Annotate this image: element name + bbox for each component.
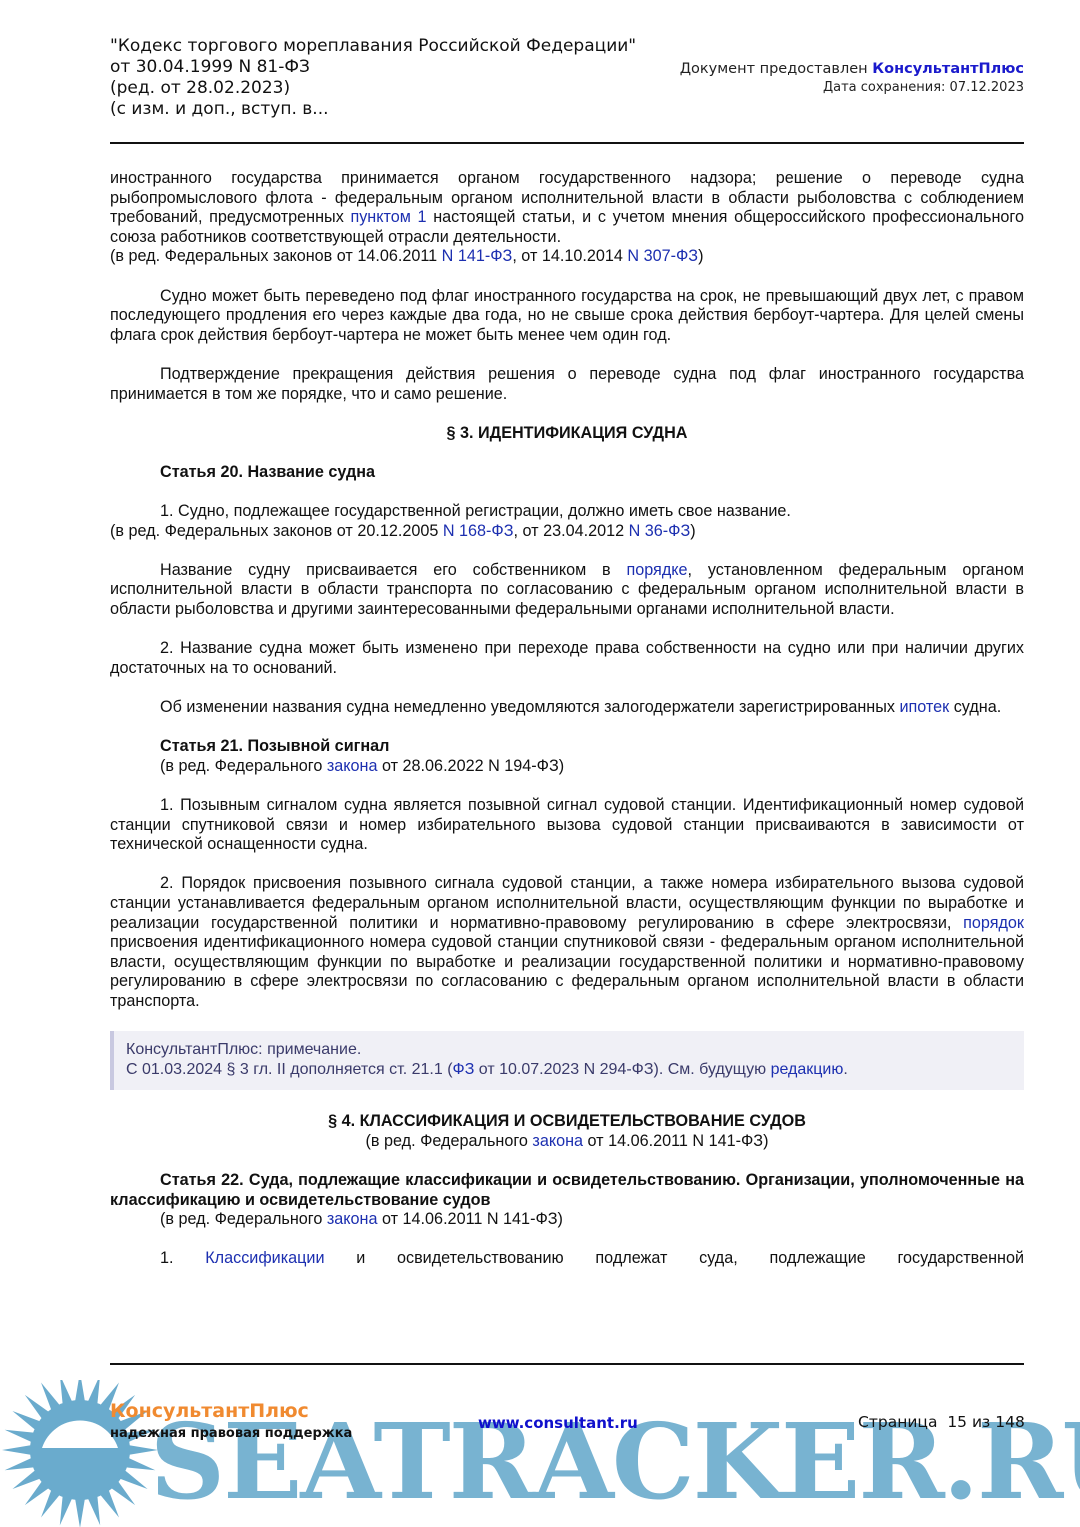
- document-body: иностранного государства принимается орг…: [110, 169, 1024, 1269]
- paragraph: 1. Классификации и освидетельствованию п…: [110, 1249, 1024, 1269]
- link-zakon-141-a22[interactable]: закона: [327, 1210, 378, 1228]
- paragraph: Название судну присваивается его собстве…: [110, 561, 1024, 620]
- revision-note: (в ред. Федеральных законов от 14.06.201…: [110, 247, 1024, 267]
- consultant-note: КонсультантПлюс: примечание. С 01.03.202…: [110, 1031, 1024, 1090]
- paragraph: Об изменении названия судна немедленно у…: [110, 698, 1024, 718]
- paragraph: иностранного государства принимается орг…: [110, 169, 1024, 247]
- page-label: Страница: [858, 1413, 937, 1431]
- revision-note: (в ред. Федерального закона от 28.06.202…: [110, 757, 1024, 777]
- paragraph: 1. Позывным сигналом судна является позы…: [110, 796, 1024, 855]
- saved-date: Дата сохранения: 07.12.2023: [680, 79, 1024, 96]
- link-law-141[interactable]: N 141-ФЗ: [442, 247, 513, 265]
- footer-divider: [110, 1363, 1024, 1365]
- page-current: 15: [947, 1413, 967, 1431]
- footer-tagline: надежная правовая поддержка: [110, 1426, 352, 1441]
- link-ipotek[interactable]: ипотек: [899, 698, 949, 716]
- link-fz-294[interactable]: ФЗ: [453, 1061, 475, 1078]
- link-zakon-141-s4[interactable]: закона: [532, 1132, 583, 1150]
- page-counter: Страница 15 из 148: [858, 1413, 1025, 1431]
- doc-number: от 30.04.1999 N 81-ФЗ: [110, 57, 636, 78]
- section-3-title: § 3. ИДЕНТИФИКАЦИЯ СУДНА: [110, 424, 1024, 444]
- article-22-title: Статья 22. Суда, подлежащие классификаци…: [110, 1171, 1024, 1210]
- revision-note: (в ред. Федерального закона от 14.06.201…: [110, 1132, 1024, 1152]
- provided-prefix: Документ предоставлен: [680, 61, 873, 77]
- revision-note: (в ред. Федеральных законов от 20.12.200…: [110, 522, 1024, 542]
- provider-info: Документ предоставлен КонсультантПлюс Да…: [680, 60, 1024, 96]
- footer-website-link[interactable]: www.consultant.ru: [478, 1414, 638, 1432]
- link-poryadok-sputnik[interactable]: порядок: [963, 914, 1024, 932]
- link-law-307[interactable]: N 307-ФЗ: [627, 247, 698, 265]
- doc-revision: (ред. от 28.02.2023): [110, 78, 636, 99]
- doc-title: "Кодекс торгового мореплавания Российско…: [110, 36, 636, 57]
- header-divider: [110, 142, 1024, 144]
- link-zakon-194[interactable]: закона: [327, 757, 378, 775]
- note-title: КонсультантПлюс: примечание.: [126, 1040, 1012, 1060]
- footer-brand: КонсультантПлюс: [110, 1400, 309, 1422]
- paragraph: 2. Порядок присвоения позывного сигнала …: [110, 874, 1024, 1011]
- page-of: из: [972, 1413, 990, 1431]
- section-4-title: § 4. КЛАССИФИКАЦИЯ И ОСВИДЕТЕЛЬСТВОВАНИЕ…: [110, 1112, 1024, 1132]
- doc-changes: (с изм. и доп., вступ. в...: [110, 99, 636, 120]
- note-text: С 01.03.2024 § 3 гл. II дополняется ст. …: [126, 1060, 1012, 1080]
- document-header-info: "Кодекс торгового мореплавания Российско…: [110, 36, 636, 120]
- paragraph: 2. Название судна может быть изменено пр…: [110, 639, 1024, 678]
- page-total: 148: [995, 1413, 1025, 1431]
- link-law-36[interactable]: N 36-ФЗ: [629, 522, 691, 540]
- link-punkt-1[interactable]: пунктом 1: [350, 208, 426, 226]
- page-footer: SEATRACKER.RU КонсультантПлюс надежная п…: [0, 1380, 1080, 1527]
- provider-brand: КонсультантПлюс: [872, 61, 1024, 77]
- revision-note: (в ред. Федерального закона от 14.06.201…: [110, 1210, 1024, 1230]
- link-future-revision[interactable]: редакцию: [771, 1061, 844, 1078]
- article-20-title: Статья 20. Название судна: [110, 463, 1024, 483]
- article-21-title: Статья 21. Позывной сигнал: [110, 737, 1024, 757]
- paragraph: Подтверждение прекращения действия решен…: [110, 365, 1024, 404]
- link-law-168[interactable]: N 168-ФЗ: [443, 522, 514, 540]
- link-klassifikacii[interactable]: Классификации: [205, 1249, 324, 1267]
- link-poryadok[interactable]: порядке: [626, 561, 687, 579]
- provided-by: Документ предоставлен КонсультантПлюс: [680, 60, 1024, 79]
- paragraph: 1. Судно, подлежащее государственной рег…: [110, 502, 1024, 522]
- paragraph: Судно может быть переведено под флаг ино…: [110, 287, 1024, 346]
